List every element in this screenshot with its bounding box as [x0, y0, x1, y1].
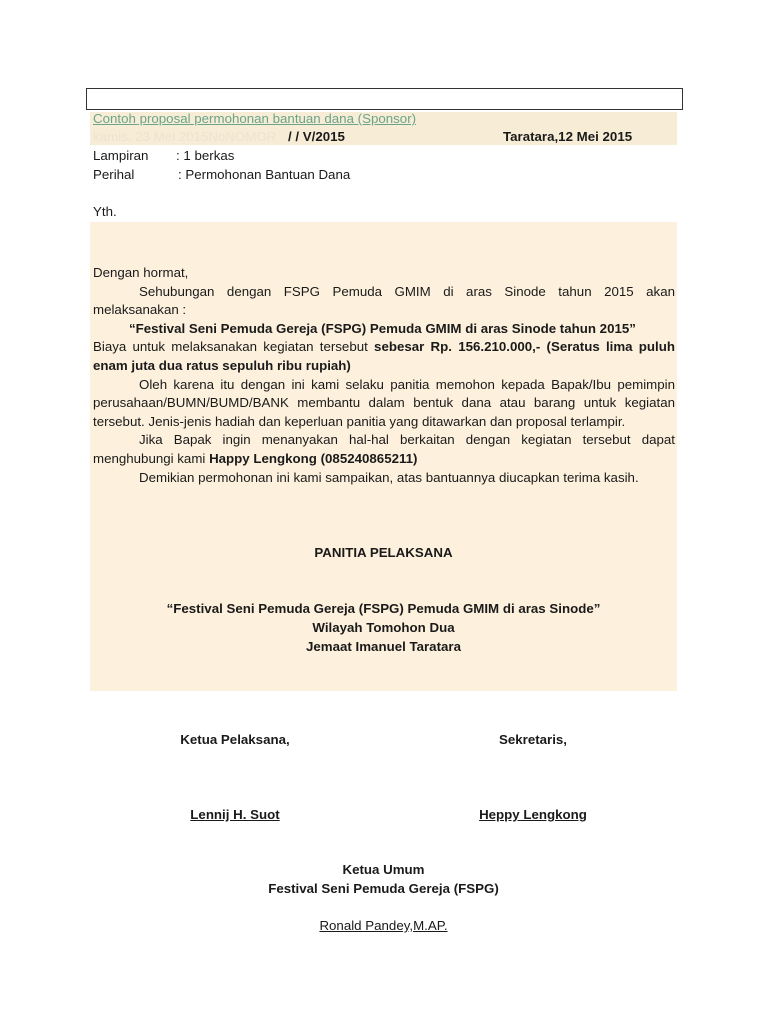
place-date: Taratara,12 Mei 2015 — [503, 129, 632, 144]
cost-paragraph: Biaya untuk melaksanakan kegiatan terseb… — [93, 338, 675, 375]
general-chair-title: Ketua Umum — [90, 862, 677, 877]
org-line-2: Wilayah Tomohon Dua — [90, 620, 677, 635]
signature-right-name: Heppy Lengkong — [448, 807, 618, 822]
perihal-value: : Permohonan Bantuan Dana — [178, 167, 350, 182]
org-line-1: “Festival Seni Pemuda Gereja (FSPG) Pemu… — [90, 601, 677, 616]
perihal-label: Perihal — [93, 167, 134, 182]
lampiran-label: Lampiran — [93, 148, 148, 163]
general-chair-org: Festival Seni Pemuda Gereja (FSPG) — [90, 881, 677, 896]
faint-date-text: kamis, 23 Mei 2015NoNOMOR — [93, 129, 276, 144]
org-line-3: Jemaat Imanuel Taratara — [90, 639, 677, 654]
yth: Yth. — [93, 204, 117, 219]
signature-left-title: Ketua Pelaksana, — [150, 732, 320, 747]
paragraph-4: Demikian permohonan ini kami sampaikan, … — [93, 469, 675, 488]
letter-number: / / V/2015 — [288, 129, 345, 144]
general-chair-name: Ronald Pandey,M.AP. — [90, 918, 677, 933]
paragraph-1: Sehubungan dengan FSPG Pemuda GMIM di ar… — [93, 283, 675, 320]
contact-person: Happy Lengkong (085240865211) — [209, 451, 417, 466]
event-title: “Festival Seni Pemuda Gereja (FSPG) Pemu… — [93, 320, 675, 339]
signature-right-title: Sekretaris, — [448, 732, 618, 747]
signature-left-name: Lennij H. Suot — [150, 807, 320, 822]
letter-body: Dengan hormat, Sehubungan dengan FSPG Pe… — [93, 264, 675, 487]
cost-prefix: Biaya untuk melaksanakan kegiatan terseb… — [93, 339, 374, 354]
proposal-link[interactable]: Contoh proposal permohonan bantuan dana … — [93, 111, 416, 126]
lampiran-value: : 1 berkas — [176, 148, 234, 163]
header-box — [86, 88, 683, 110]
committee-title: PANITIA PELAKSANA — [90, 545, 677, 560]
paragraph-2: Oleh karena itu dengan ini kami selaku p… — [93, 376, 675, 432]
greeting: Dengan hormat, — [93, 264, 675, 283]
paragraph-3: Jika Bapak ingin menanyakan hal-hal berk… — [93, 431, 675, 468]
